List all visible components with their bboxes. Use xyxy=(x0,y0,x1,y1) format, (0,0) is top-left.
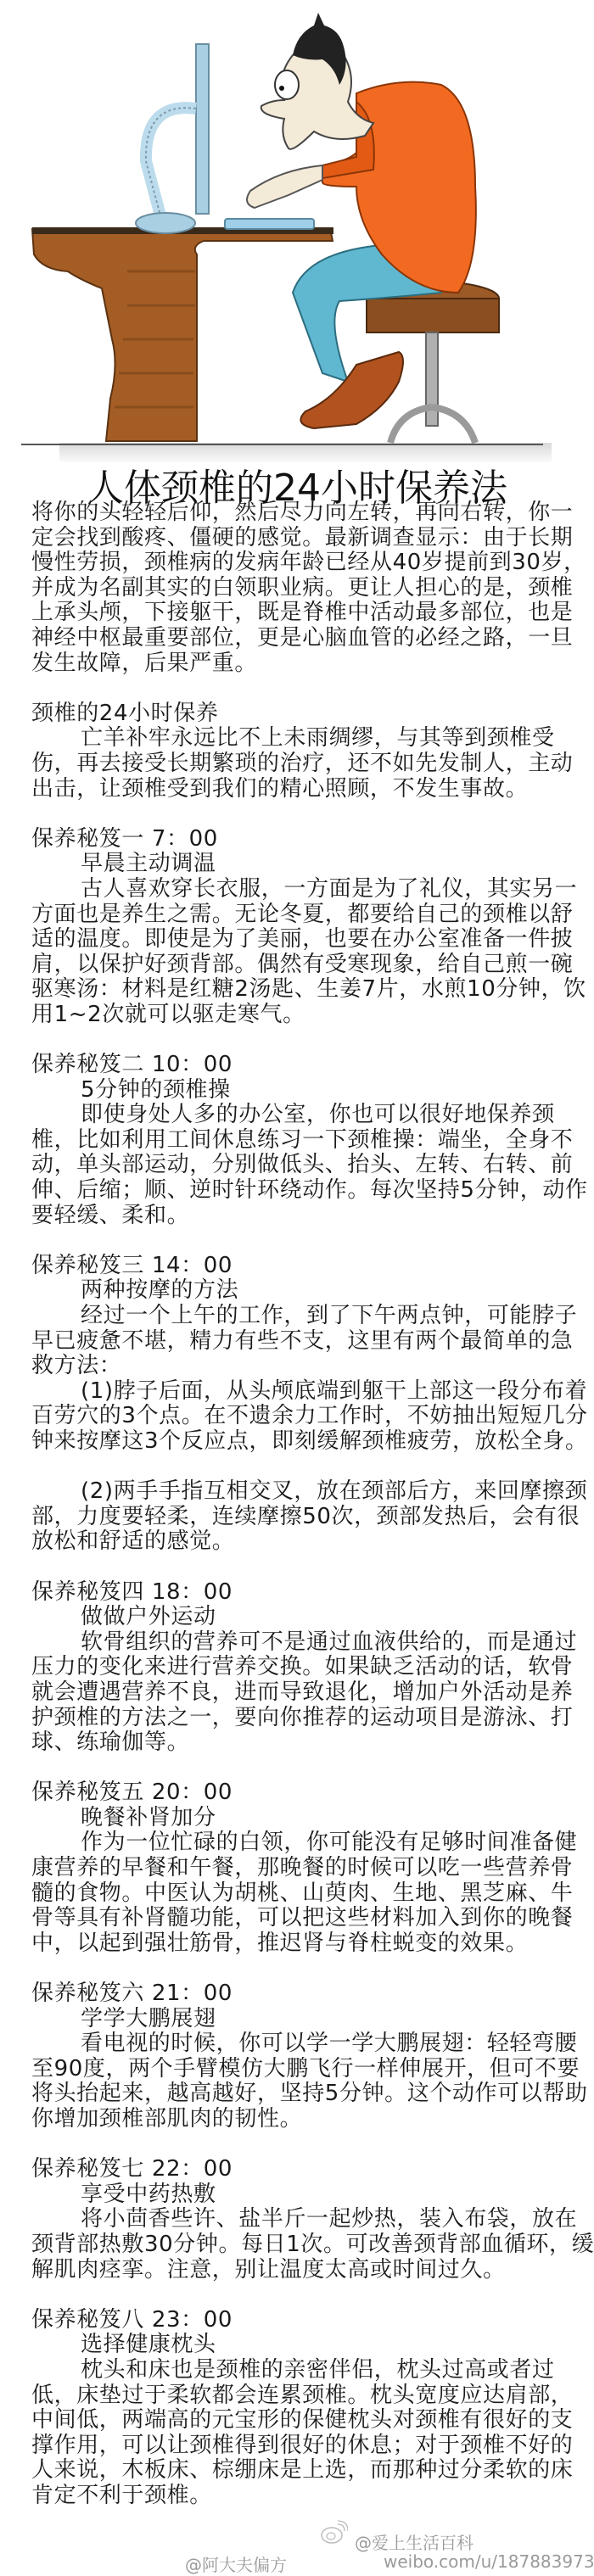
paragraph-line: 出击，让颈椎受到我们的精心照顾，不发生事故。 xyxy=(31,777,574,802)
intro-line: 发生故障，后果严重。 xyxy=(31,651,574,677)
paragraph-line: 就会遭遇营养不良，进而导致退化，增加户外活动是养 xyxy=(31,1680,574,1706)
paragraph-line: 球、练瑜伽等。 xyxy=(31,1730,574,1756)
paragraph-line: 看电视的时候，你可以学一学大鹏展翅：轻轻弯腰 xyxy=(31,2031,574,2057)
tip-heading: 保养秘笈七 22：00 xyxy=(31,2157,574,2182)
paragraph-line: 你增加颈椎部肌肉的韧性。 xyxy=(31,2107,574,2132)
tip-section-8: 保养秘笈八 23：00 选择健康枕头 枕头和床也是颈椎的亲密伴侣，枕头过高或者过… xyxy=(31,2308,574,2509)
paragraph-line: 方面也是养生之需。无论冬夏，都要给自己的颈椎以舒 xyxy=(31,902,574,928)
paragraph-line: 骨等具有补肾髓功能，可以把这些材料加入到你的晚餐 xyxy=(31,1906,574,1931)
paragraph-line: 救方法： xyxy=(31,1354,574,1379)
tip-section-2: 保养秘笈二 10：00 5分钟的颈椎操 即使身处人多的办公室，你也可以很好地保养… xyxy=(31,1053,574,1228)
eye xyxy=(275,70,299,99)
intro-line: 将你的头轻轻后仰，然后尽力向左转，再向右转，你一 xyxy=(31,500,574,526)
method-line: 部，力度要轻柔，连续摩擦50次，颈部发热后，会有很 xyxy=(31,1505,574,1530)
section-heading: 颈椎的24小时保养 xyxy=(31,701,574,727)
method-line: 百劳穴的3个点。在不遗余力工作时，不妨抽出短短几分 xyxy=(31,1404,574,1429)
paragraph-line: 经过一个上午的工作，到了下午两点钟，可能脖子 xyxy=(31,1304,574,1329)
paragraph-line: 亡羊补牢永远比不上未雨绸缪，与其等到颈椎受 xyxy=(31,726,574,752)
tip-heading: 保养秘笈八 23：00 xyxy=(31,2308,574,2333)
tip-section-4: 保养秘笈四 18：00 做做户外运动 软骨组织的营养可不是通过血液供给的，而是通… xyxy=(31,1580,574,1756)
monitor-arm xyxy=(146,108,196,219)
intro-line: 并成为名副其实的白领职业病。更让人担心的是，颈椎 xyxy=(31,576,574,601)
tip-heading: 保养秘笈五 20：00 xyxy=(31,1780,574,1806)
paragraph-line: 撑作用，可以让颈椎得到很好的休息；对于颈椎不好的 xyxy=(31,2434,574,2459)
hands xyxy=(247,165,322,208)
tip-heading: 保养秘笈一 7：00 xyxy=(31,827,574,852)
tip-section-7: 保养秘笈七 22：00 享受中药热敷 将小茴香些许、盐半斤一起炒热，装入布袋，放… xyxy=(31,2157,574,2283)
intro-line: 神经中枢最重要部位，更是心脑血管的必经之路，一旦 xyxy=(31,626,574,651)
paragraph-line: 护颈椎的方法之一，要向你推荐的运动项目是游泳、打 xyxy=(31,1706,574,1731)
paragraph-line: 压力的变化来进行营养交换。如果缺乏活动的话，软骨 xyxy=(31,1655,574,1680)
method-line: 放松和舒适的感觉。 xyxy=(31,1529,574,1555)
paragraph-line: 将头抬起来，越高越好，坚持5分钟。这个动作可以帮助 xyxy=(31,2081,574,2107)
intro-line: 慢性劳损，颈椎病的发病年龄已经从40岁提前到30岁， xyxy=(31,550,574,576)
desk xyxy=(32,229,333,441)
keyboard xyxy=(225,219,314,229)
weibo-logo-icon xyxy=(319,2519,348,2545)
tip-subtitle: 享受中药热敷 xyxy=(31,2182,574,2208)
intro-line: 上承头颅，下接躯干，既是脊椎中活动最多部位，也是 xyxy=(31,601,574,626)
paragraph-line: 人来说，木板床、棕绷床是上选，而那种过分柔软的床 xyxy=(31,2458,574,2484)
tip-subtitle: 两种按摩的方法 xyxy=(31,1278,574,1304)
paragraph-line: 用1~2次就可以驱走寒气。 xyxy=(31,1003,574,1028)
intro-paragraph: 将你的头轻轻后仰，然后尽力向左转，再向右转，你一 定会找到酸疼、僵硬的感觉。最新… xyxy=(31,500,574,676)
paragraph-line: 伸、后缩；顺、逆时针环绕动作。每次坚持5分钟，动作 xyxy=(31,1178,574,1204)
paragraph-line: 驱寒汤：材料是红糖2汤匙、生姜7片，水煎10分钟，饮 xyxy=(31,977,574,1003)
paragraph-line: 适的温度。即使是为了美丽，也要在办公室准备一件披 xyxy=(31,927,574,953)
floor-shadow xyxy=(59,443,552,462)
monitor xyxy=(196,44,209,214)
tip-subtitle: 早晨主动调温 xyxy=(31,852,574,877)
paragraph-line: 要轻缓、柔和。 xyxy=(31,1204,574,1229)
paragraph-line: 枕头和床也是颈椎的亲密伴侣，枕头过高或者过 xyxy=(31,2358,574,2383)
paragraph-line: 解肌肉痉挛。注意，别让温度太高或时间过久。 xyxy=(31,2258,574,2283)
tip-subtitle: 5分钟的颈椎操 xyxy=(31,1078,574,1104)
intro-line: 定会找到酸疼、僵硬的感觉。最新调查显示：由于长期 xyxy=(31,526,574,551)
tip-section-5: 保养秘笈五 20：00 晚餐补肾加分 作为一位忙碌的白领，你可能没有足够时间准备… xyxy=(31,1780,574,1956)
method-line: 钟来按摩这3个反应点，即刻缓解颈椎疲劳，放松全身。 xyxy=(31,1429,574,1455)
paragraph-line: 伤，再去接受长期繁琐的治疗，还不如先发制人，主动 xyxy=(31,752,574,777)
tip-heading: 保养秘笈四 18：00 xyxy=(31,1580,574,1606)
monitor-base xyxy=(136,213,195,233)
paragraph-line: 至90度，两个手臂模仿大鹏飞行一样伸展开，但可不要 xyxy=(31,2057,574,2082)
paragraph-line: 软骨组织的营养可不是通过血液供给的，而是通过 xyxy=(31,1630,574,1656)
watermark-author: @阿大夫偏方 xyxy=(185,2551,287,2576)
tip-section-6: 保养秘笈六 21：00 学学大鹏展翅 看电视的时候，你可以学一学大鹏展翅：轻轻弯… xyxy=(31,1981,574,2132)
paragraph-line: 动，单头部运动，分别做低头、抬头、左转、右转、前 xyxy=(31,1153,574,1178)
stool-leg xyxy=(426,332,438,426)
paragraph-line: 早已疲惫不堪，精力有些不支，这里有两个最简单的急 xyxy=(31,1329,574,1355)
paragraph-line: 古人喜欢穿长衣服，一方面是为了礼仪，其实另一 xyxy=(31,877,574,902)
tip-subtitle: 学学大鹏展翅 xyxy=(31,2007,574,2032)
paragraph-line: 中间低，两端高的元宝形的保健枕头对颈椎有很好的支 xyxy=(31,2408,574,2434)
tip-heading: 保养秘笈三 14：00 xyxy=(31,1254,574,1279)
paragraph-line: 椎，比如利用工间休息练习一下颈椎操：端坐，全身不 xyxy=(31,1128,574,1154)
paragraph-line: 即使身处人多的办公室，你也可以很好地保养颈 xyxy=(31,1103,574,1128)
paragraph-line: 康营养的早餐和午餐，那晚餐的时候可以吃一些营养骨 xyxy=(31,1856,574,1881)
overview-section: 颈椎的24小时保养 亡羊补牢永远比不上未雨绸缪，与其等到颈椎受 伤，再去接受长期… xyxy=(31,701,574,802)
tip-subtitle: 做做户外运动 xyxy=(31,1605,574,1630)
method-line: (1)脖子后面，从头颅底端到躯干上部这一段分布着 xyxy=(31,1379,574,1405)
tip-section-3: 保养秘笈三 14：00 两种按摩的方法 经过一个上午的工作，到了下午两点钟，可能… xyxy=(31,1254,574,1555)
paragraph-line: 低，床垫过于柔软都会连累颈椎。枕头宽度应达肩部， xyxy=(31,2383,574,2409)
paragraph-line: 髓的食物。中医认为胡桃、山萸肉、生地、黑芝麻、牛 xyxy=(31,1881,574,1907)
paragraph-line: 肯定不利于颈椎。 xyxy=(31,2484,574,2509)
tip-subtitle: 选择健康枕头 xyxy=(31,2333,574,2358)
article-body: 将你的头轻轻后仰，然后尽力向左转，再向右转，你一 定会找到酸疼、僵硬的感觉。最新… xyxy=(31,500,574,2509)
shoes xyxy=(300,352,403,428)
watermark-account: @爱上生活百科 xyxy=(355,2529,474,2554)
tip-section-1: 保养秘笈一 7：00 早晨主动调温 古人喜欢穿长衣服，一方面是为了礼仪，其实另一… xyxy=(31,827,574,1028)
paragraph-line: 作为一位忙碌的白领，你可能没有足够时间准备健 xyxy=(31,1830,574,1856)
tip-heading: 保养秘笈六 21：00 xyxy=(31,1981,574,2007)
paragraph-line: 肩，以保护好颈背部。偶然有受寒现象，给自己煎一碗 xyxy=(31,953,574,978)
method-line: (2)两手手指互相交叉，放在颈部后方，来回摩擦颈 xyxy=(31,1479,574,1505)
paragraph-line: 颈背部热敷30分钟。每日1次。可改善颈背部血循环，缓 xyxy=(31,2232,574,2258)
paragraph-line: 将小茴香些许、盐半斤一起炒热，装入布袋，放在 xyxy=(31,2207,574,2232)
paragraph-line: 中，以起到强壮筋骨，推迟肾与脊柱蜕变的效果。 xyxy=(31,1931,574,1957)
tip-subtitle: 晚餐补肾加分 xyxy=(31,1806,574,1831)
tip-heading: 保养秘笈二 10：00 xyxy=(31,1053,574,1078)
illustration-man-at-computer xyxy=(0,0,594,462)
watermark-url: weibo.com/u/1878839734 xyxy=(384,2551,594,2572)
